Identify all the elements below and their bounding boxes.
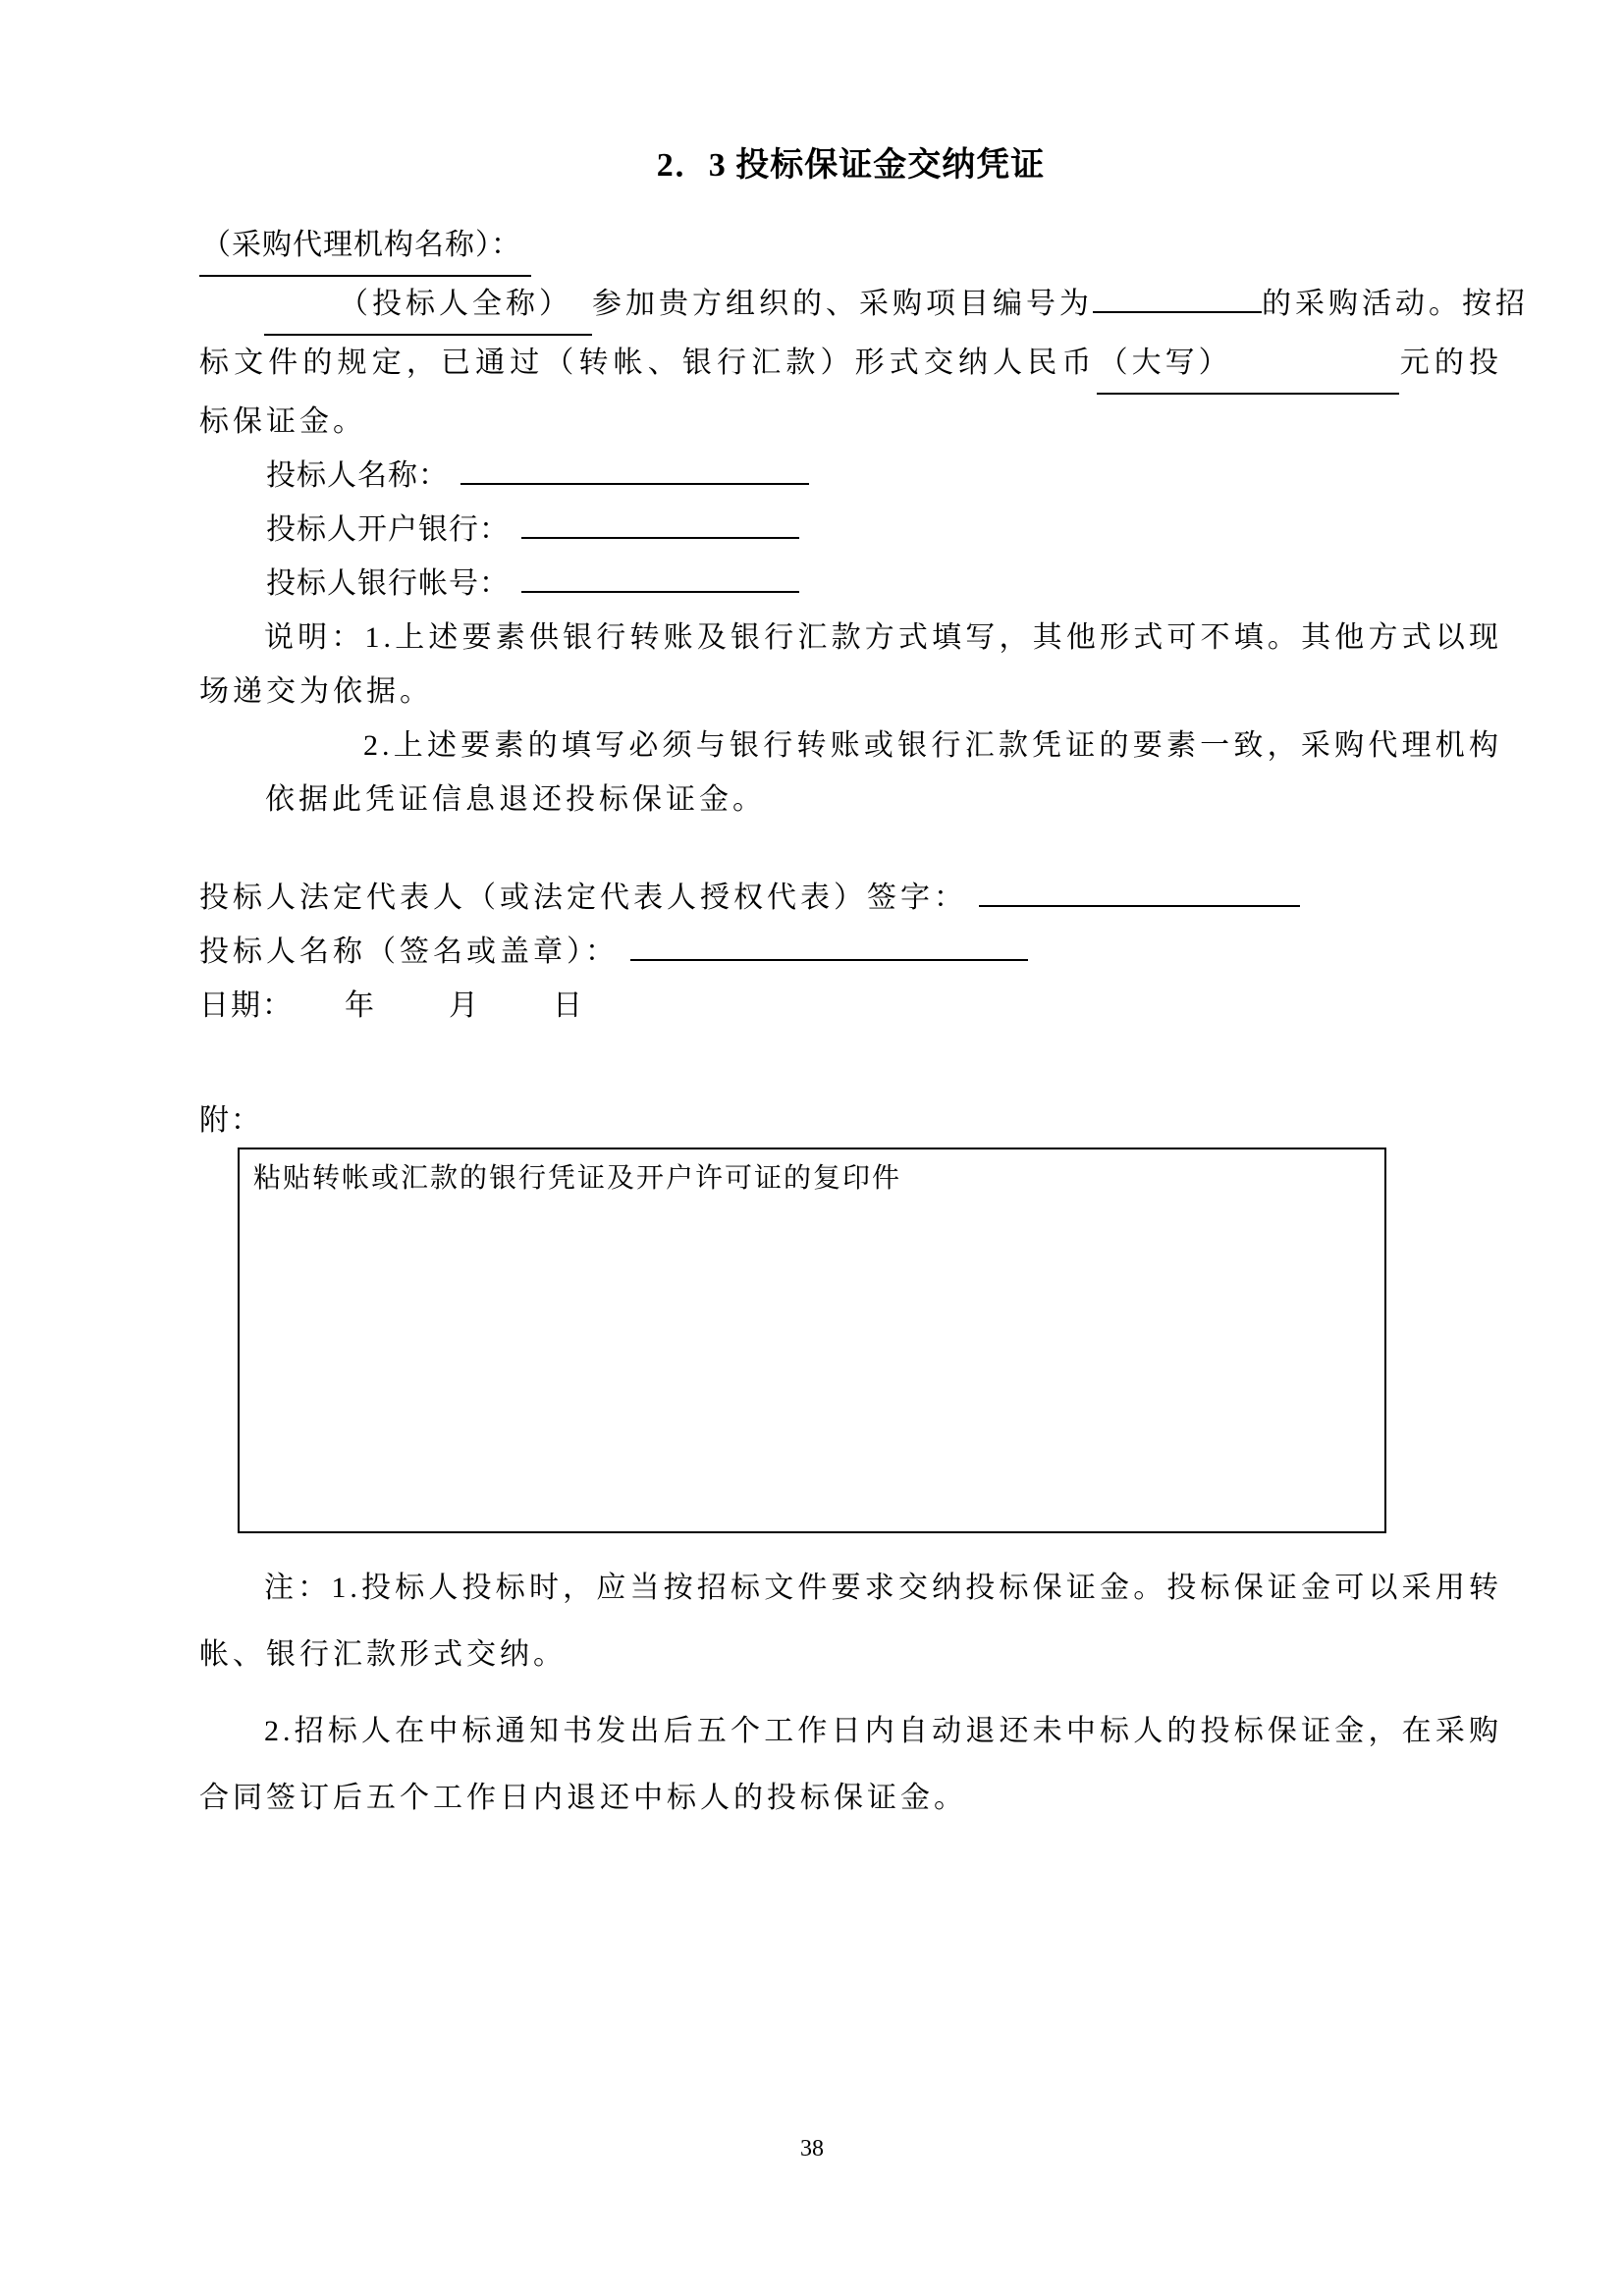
footnote-2: 2.招标人在中标通知书发出后五个工作日内自动退还未中标人的投标保证金，在采购合同…	[199, 1698, 1502, 1832]
amount-in-words-label: （大写）	[1097, 336, 1399, 395]
rep-signature-line: 投标人法定代表人（或法定代表人授权代表）签字：	[199, 871, 1502, 925]
bidder-full-name-placeholder: （投标人全称）	[264, 277, 592, 336]
field-bank: 投标人开户银行：	[199, 503, 1502, 557]
project-number-blank	[1093, 283, 1262, 314]
attachment-paste-box: 粘贴转帐或汇款的银行凭证及开户许可证的复印件	[238, 1148, 1386, 1533]
daxie-text: （大写）	[1099, 347, 1232, 379]
section-title: 2．3 投标保证金交纳凭证	[199, 143, 1502, 188]
date-year-label: 年	[345, 989, 376, 1022]
intro-line-1: （投标人全称）参加贵方组织的、采购项目编号为的采购活动。按招	[199, 277, 1502, 336]
field-bank-blank	[521, 508, 799, 540]
bidder-seal-blank	[630, 931, 1028, 962]
rep-signature-blank	[979, 877, 1300, 908]
attachment-box-text: 粘贴转帐或汇款的银行凭证及开户许可证的复印件	[253, 1163, 901, 1194]
field-bidder-name-blank	[460, 454, 809, 486]
attachment-label: 附：	[199, 1094, 1502, 1148]
field-account: 投标人银行帐号：	[199, 557, 1502, 611]
date-day-label: 日	[553, 989, 584, 1022]
instruction-item-1: 说明：1.上述要素供银行转账及银行汇款方式填写，其他形式可不填。其他方式以现场递…	[199, 611, 1502, 719]
document-content: 2．3 投标保证金交纳凭证 （采购代理机构名称）： （投标人全称）参加贵方组织的…	[199, 143, 1502, 1832]
field-bidder-name: 投标人名称：	[199, 449, 1502, 503]
signature-block: 投标人法定代表人（或法定代表人授权代表）签字： 投标人名称（签名或盖章）： 日期…	[199, 871, 1502, 1033]
instruction-item-2: 2.上述要素的填写必须与银行转账或银行汇款凭证的要素一致，采购代理机构依据此凭证…	[265, 719, 1502, 827]
date-month-label: 月	[449, 989, 480, 1022]
rep-signature-label: 投标人法定代表人（或法定代表人授权代表）签字：	[199, 881, 967, 914]
bidder-seal-line: 投标人名称（签名或盖章）：	[199, 925, 1502, 979]
field-account-label: 投标人银行帐号：	[266, 567, 510, 600]
page-number: 38	[0, 2136, 1624, 2163]
bidder-seal-label: 投标人名称（签名或盖章）：	[199, 935, 619, 968]
document-page: 2．3 投标保证金交纳凭证 （采购代理机构名称）： （投标人全称）参加贵方组织的…	[0, 0, 1624, 2296]
intro-line2-lead: 标文件的规定，已通过（转帐、银行汇款）形式交纳人民币	[199, 347, 1097, 379]
field-bidder-name-label: 投标人名称：	[266, 459, 449, 492]
intro-line-2: 标文件的规定，已通过（转帐、银行汇款）形式交纳人民币（大写）元的投	[199, 336, 1502, 395]
footnote-1: 注：1.投标人投标时，应当按招标文件要求交纳投标保证金。投标保证金可以采用转帐、…	[199, 1555, 1502, 1688]
intro-text-after-bidder: 参加贵方组织的、采购项目编号为	[592, 288, 1093, 320]
intro-line1-tail: 的采购活动。按招	[1262, 288, 1529, 320]
field-bank-label: 投标人开户银行：	[266, 513, 510, 546]
intro-line2-tail: 元的投	[1399, 347, 1502, 379]
intro-line-3: 标保证金。	[199, 395, 1502, 449]
agency-name-line: （采购代理机构名称）：	[199, 218, 1502, 277]
date-label: 日期：	[199, 989, 294, 1022]
date-line: 日期：年月日	[199, 979, 1502, 1033]
amount-blank	[1232, 342, 1389, 373]
field-account-blank	[521, 562, 799, 594]
agency-name-label: （采购代理机构名称）：	[199, 218, 531, 277]
